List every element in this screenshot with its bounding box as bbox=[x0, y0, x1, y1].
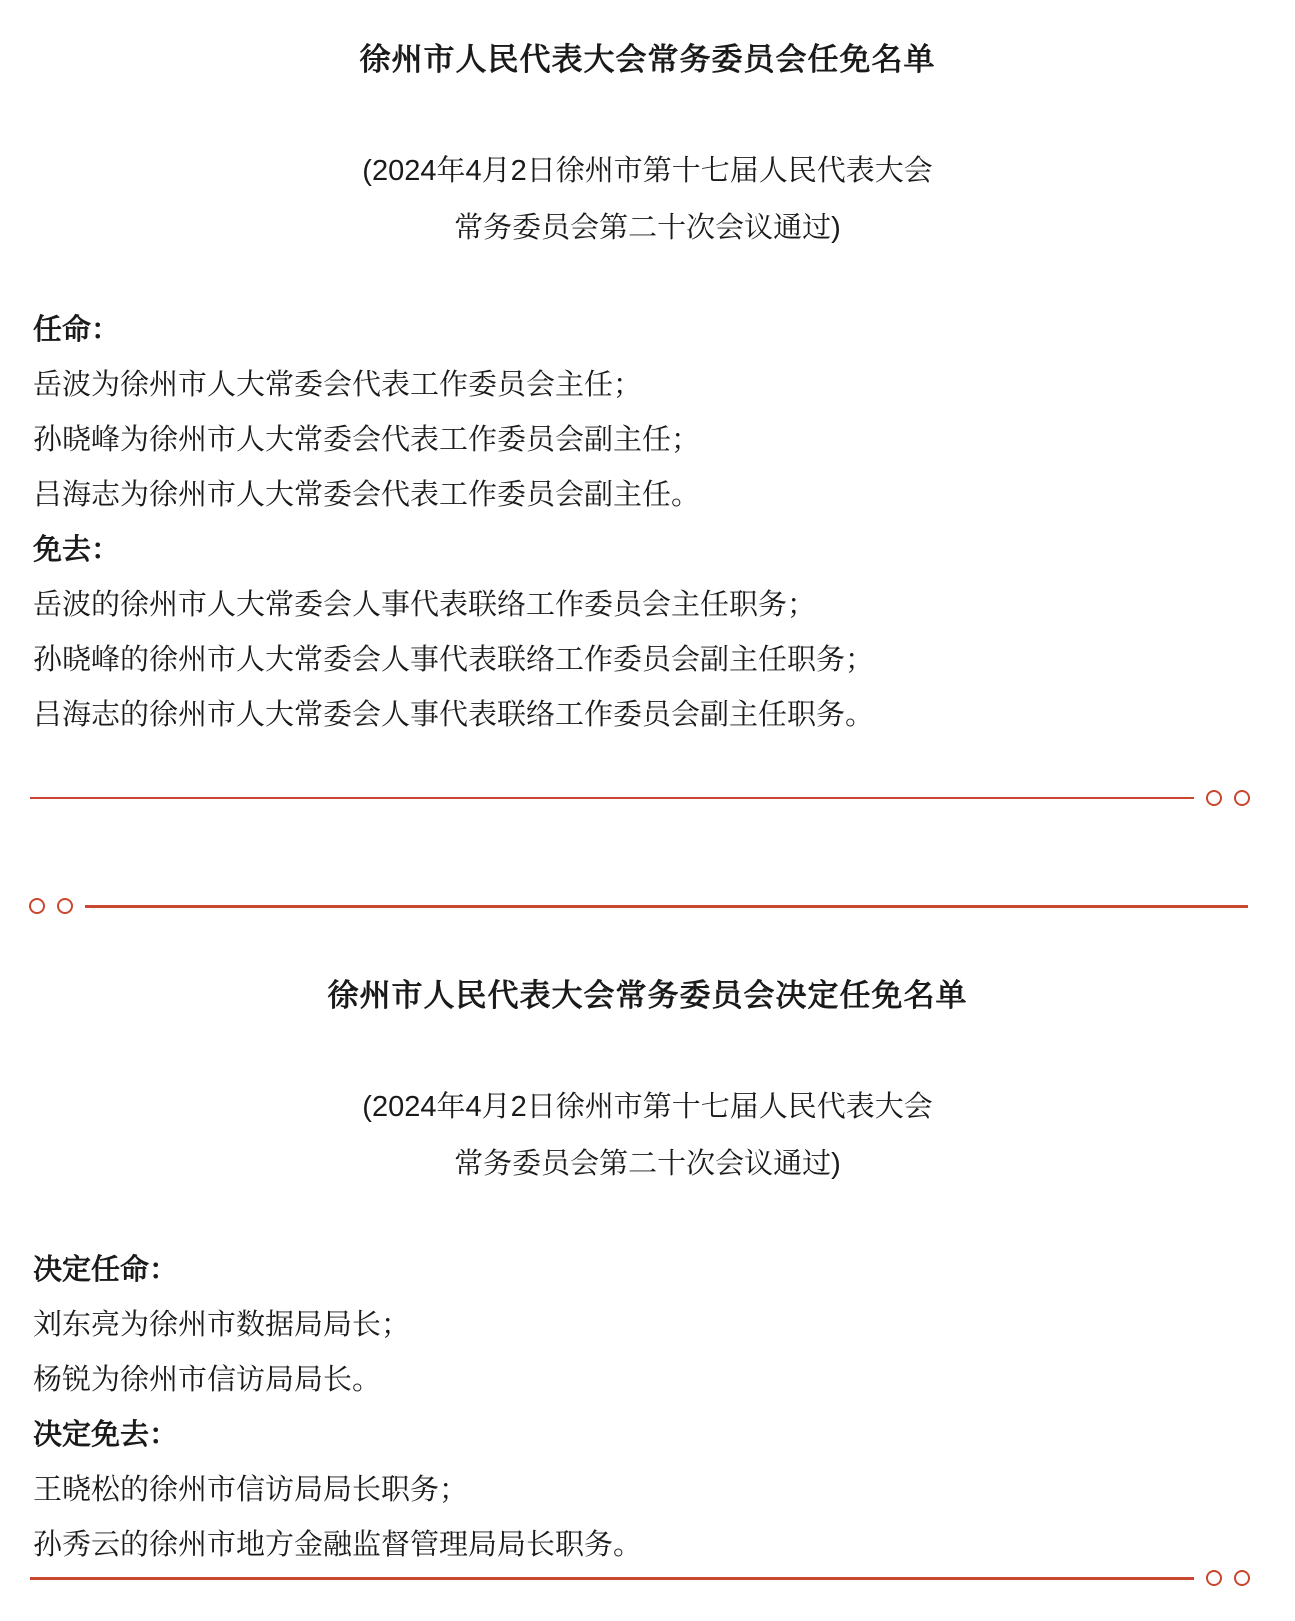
divider-circle-icon bbox=[57, 898, 73, 914]
document-title: 徐州市人民代表大会常务委员会决定任免名单 bbox=[0, 980, 1295, 1011]
divider-circle-icon bbox=[29, 898, 45, 914]
section-heading-decide-appoint: 决定任命： bbox=[33, 1243, 1262, 1298]
section-heading-remove: 免去： bbox=[33, 523, 1262, 578]
divider-rule bbox=[30, 1577, 1194, 1580]
page-divider-top bbox=[29, 898, 1248, 914]
decision-appointment-removal-notice: 徐州市人民代表大会常务委员会决定任免名单 (2024年4月2日徐州市第十七届人民… bbox=[0, 980, 1295, 1573]
document-page: 徐州市人民代表大会常务委员会任免名单 (2024年4月2日徐州市第十七届人民代表… bbox=[0, 0, 1295, 1621]
section-heading-appoint: 任命： bbox=[33, 303, 1262, 358]
page-divider-bottom bbox=[30, 790, 1250, 806]
document-body: 任命： 岳波为徐州市人大常委会代表工作委员会主任； 孙晓峰为徐州市人大常委会代表… bbox=[33, 303, 1262, 743]
list-item: 孙秀云的徐州市地方金融监督管理局局长职务。 bbox=[33, 1518, 1262, 1573]
divider-circle-icon bbox=[1234, 790, 1250, 806]
meeting-date-line-2: 常务委员会第二十次会议通过) bbox=[0, 200, 1295, 257]
list-item: 岳波的徐州市人大常委会人事代表联络工作委员会主任职务； bbox=[33, 578, 1262, 633]
appointment-removal-notice: 徐州市人民代表大会常务委员会任免名单 (2024年4月2日徐州市第十七届人民代表… bbox=[0, 0, 1295, 743]
divider-circle-icon bbox=[1206, 1570, 1222, 1586]
meeting-date-block: (2024年4月2日徐州市第十七届人民代表大会 常务委员会第二十次会议通过) bbox=[0, 143, 1295, 257]
divider-rule bbox=[85, 905, 1248, 908]
meeting-date-line-1: (2024年4月2日徐州市第十七届人民代表大会 bbox=[0, 1079, 1295, 1136]
divider-rule bbox=[30, 797, 1194, 799]
document-body: 决定任命： 刘东亮为徐州市数据局局长； 杨锐为徐州市信访局局长。 决定免去： 王… bbox=[33, 1243, 1262, 1573]
list-item: 刘东亮为徐州市数据局局长； bbox=[33, 1298, 1262, 1353]
list-item: 孙晓峰的徐州市人大常委会人事代表联络工作委员会副主任职务； bbox=[33, 633, 1262, 688]
meeting-date-line-2: 常务委员会第二十次会议通过) bbox=[0, 1136, 1295, 1193]
section-heading-decide-remove: 决定免去： bbox=[33, 1408, 1262, 1463]
divider-circle-icon bbox=[1234, 1570, 1250, 1586]
list-item: 孙晓峰为徐州市人大常委会代表工作委员会副主任； bbox=[33, 413, 1262, 468]
list-item: 吕海志的徐州市人大常委会人事代表联络工作委员会副主任职务。 bbox=[33, 688, 1262, 743]
list-item: 岳波为徐州市人大常委会代表工作委员会主任； bbox=[33, 358, 1262, 413]
list-item: 王晓松的徐州市信访局局长职务； bbox=[33, 1463, 1262, 1518]
meeting-date-line-1: (2024年4月2日徐州市第十七届人民代表大会 bbox=[0, 143, 1295, 200]
meeting-date-block: (2024年4月2日徐州市第十七届人民代表大会 常务委员会第二十次会议通过) bbox=[0, 1079, 1295, 1193]
list-item: 杨锐为徐州市信访局局长。 bbox=[33, 1353, 1262, 1408]
document-title: 徐州市人民代表大会常务委员会任免名单 bbox=[0, 0, 1295, 75]
divider-circle-icon bbox=[1206, 790, 1222, 806]
list-item: 吕海志为徐州市人大常委会代表工作委员会副主任。 bbox=[33, 468, 1262, 523]
